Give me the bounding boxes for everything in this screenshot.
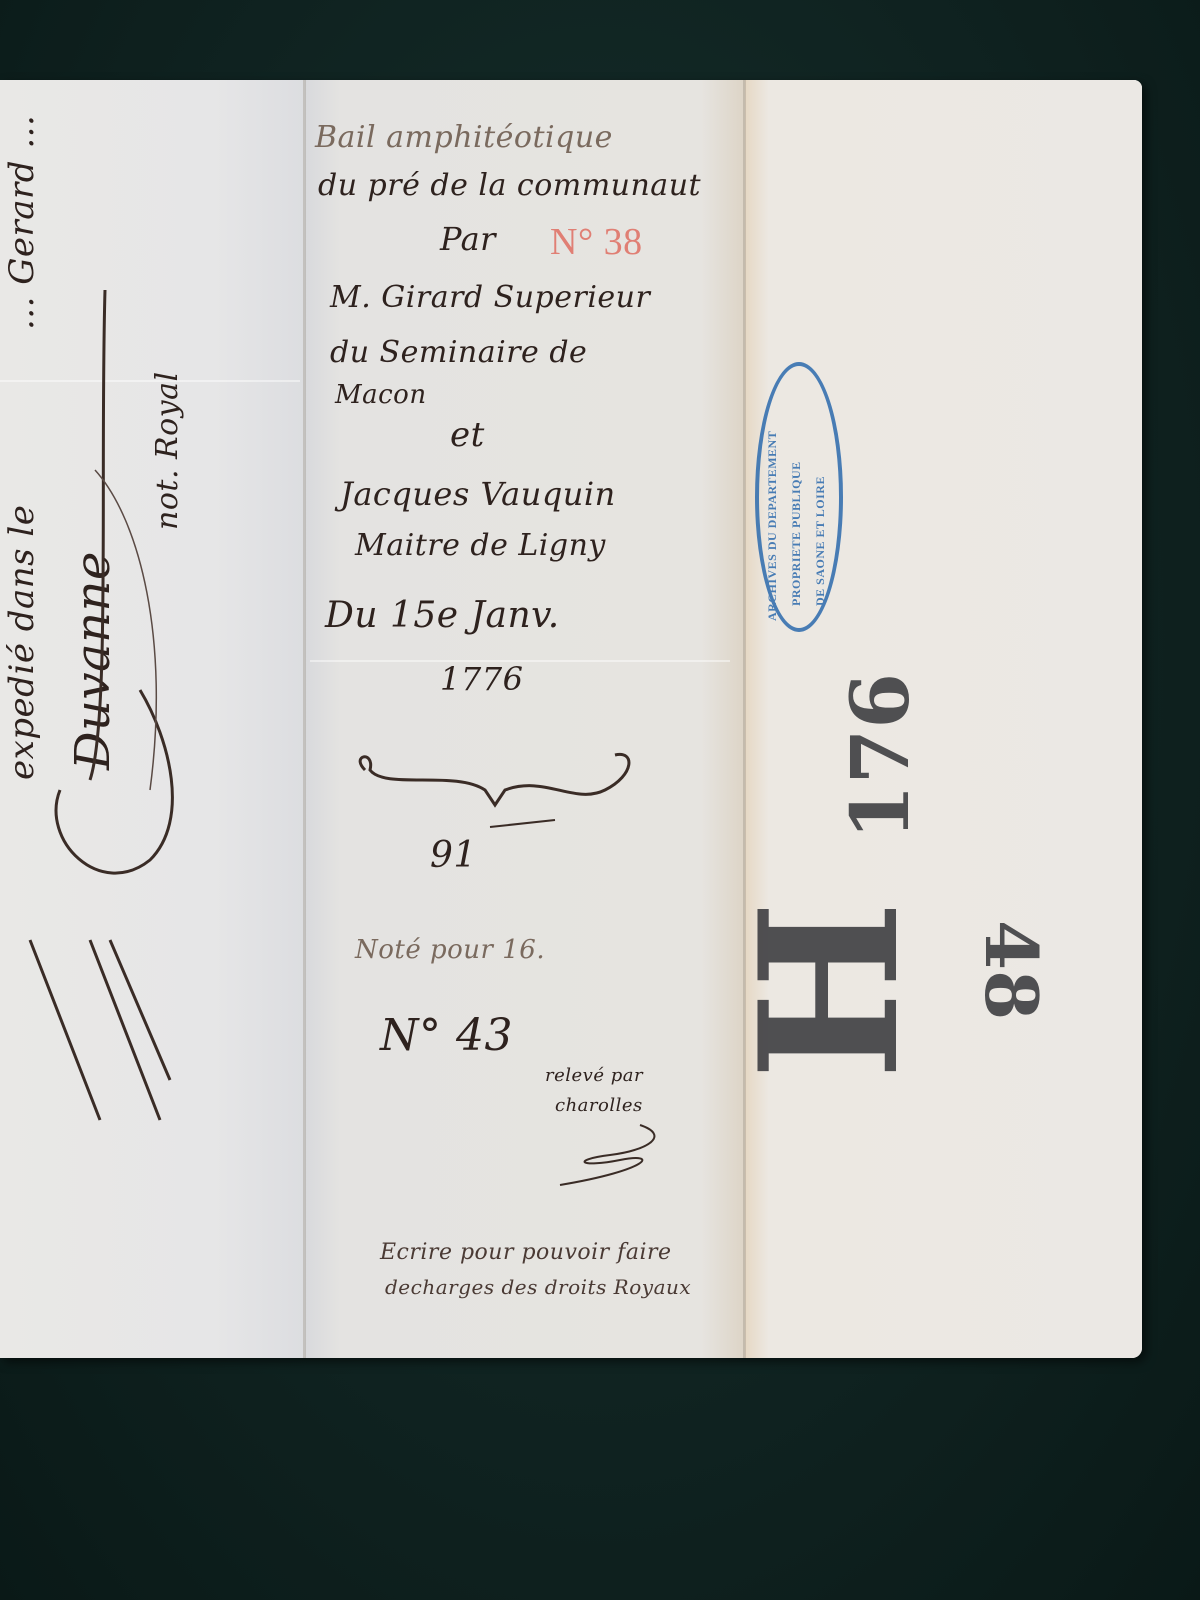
stamp-line-3: DE SAONE ET LOIRE (813, 476, 828, 606)
line-superieur: M. Girard Superieur (330, 280, 650, 315)
fold-line-left (303, 80, 306, 1358)
fold-line-right (743, 80, 746, 1358)
title-line-2: du pré de la communaut (318, 168, 701, 203)
line-par: Par (440, 220, 496, 258)
title-line-1: Bail amphitéotique (315, 120, 613, 155)
number-line: N° 43 (380, 1010, 513, 1061)
note-line: Noté pour 16. (355, 935, 545, 965)
line-macon: Macon (335, 380, 427, 410)
signature-flourish-icon (20, 220, 300, 1140)
archives-stamp: ARCHIVES DU DEPARTEMENT PROPRIETE PUBLIQ… (755, 362, 843, 632)
footer-line-1: Ecrire pour pouvoir faire (380, 1240, 672, 1265)
stamp-line-1: ARCHIVES DU DEPARTEMENT (765, 431, 780, 621)
date-day: Du 15e Janv. (325, 595, 560, 636)
document-sheet: ... Gerard ... expedié dans le Duvanne n… (0, 80, 1142, 1358)
line-et: et (450, 415, 485, 455)
received-line-2: charolles (555, 1095, 643, 1116)
stamp-line-2: PROPRIETE PUBLIQUE (789, 461, 804, 606)
right-panel (745, 80, 1142, 1358)
flourish-icon (345, 745, 645, 835)
date-year: 1776 (440, 660, 523, 698)
line-jacques-vauquin: Jacques Vauquin (340, 475, 616, 513)
line-seminaire: du Seminaire de (330, 335, 587, 370)
amount: 91 (430, 835, 477, 876)
reference-number-red: N° 38 (550, 220, 643, 264)
stencil-series-letter: H (735, 900, 925, 1080)
stencil-item: 48 (975, 920, 1047, 1020)
line-maitre-de-ligny: Maitre de Ligny (355, 528, 606, 563)
received-line-1: relevé par (545, 1065, 643, 1086)
footer-line-2: decharges des droits Royaux (385, 1275, 691, 1299)
stencil-number: 176 (840, 673, 920, 840)
paraph-icon (540, 1120, 680, 1190)
